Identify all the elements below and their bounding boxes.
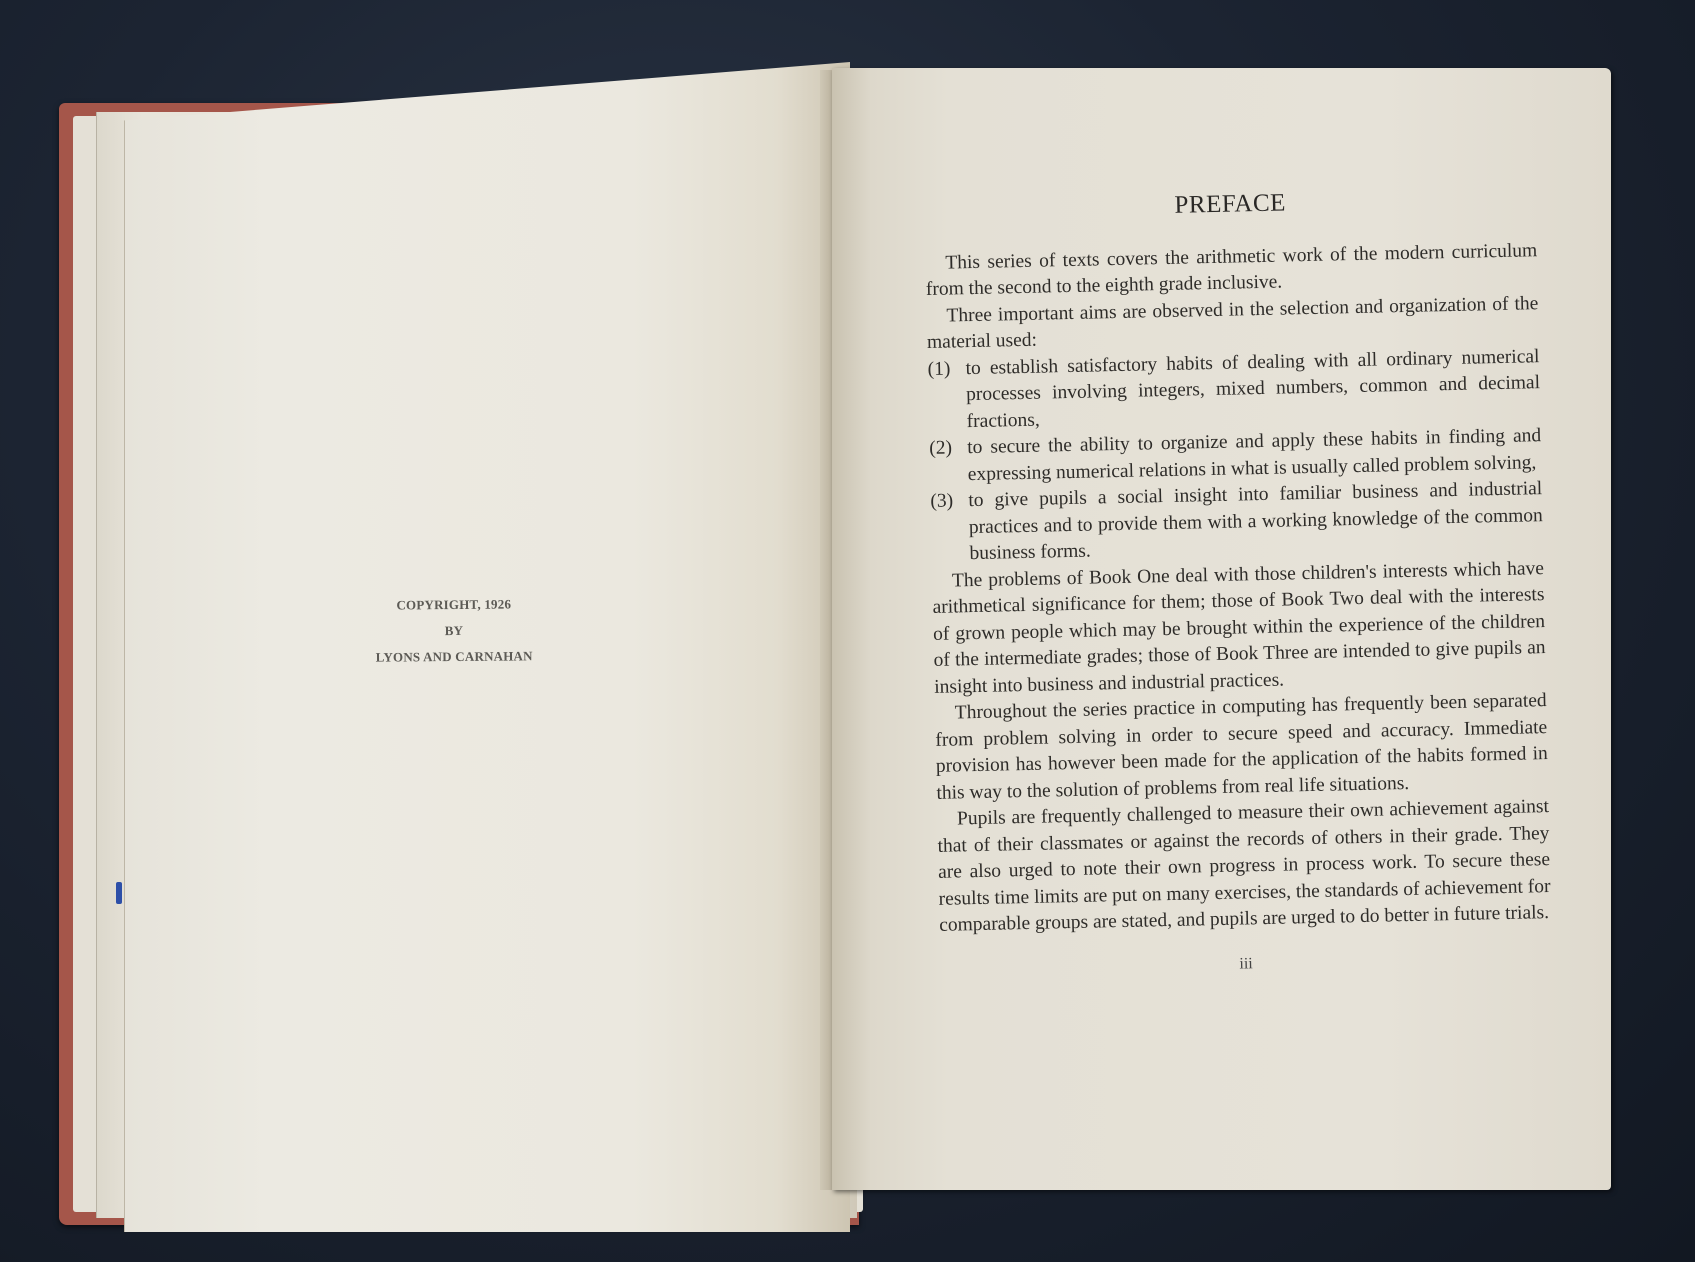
aim-number: (3) <box>930 488 970 568</box>
aim-number: (2) <box>929 435 968 489</box>
paragraph: The problems of Book One deal with those… <box>932 556 1547 701</box>
copyright-line: LYONS AND CARNAHAN <box>354 643 554 671</box>
aim-text: to give pupils a social insight into fam… <box>968 476 1544 568</box>
aim-item: (1) to establish satisfactory habits of … <box>927 344 1541 436</box>
page-number: iii <box>940 945 1552 984</box>
copyright-notice: COPYRIGHT, 1926 BY LYONS AND CARNAHAN <box>354 591 555 671</box>
paragraph: Pupils are frequently challenged to meas… <box>937 794 1552 939</box>
paragraph: Throughout the series practice in comput… <box>935 688 1549 807</box>
right-page: PREFACE This series of texts covers the … <box>832 68 1611 1190</box>
blue-mark <box>116 882 122 904</box>
copyright-line: BY <box>354 617 554 645</box>
preface-text: PREFACE This series of texts covers the … <box>924 185 1552 984</box>
aim-text: to establish satisfactory habits of deal… <box>965 344 1541 436</box>
page-title: PREFACE <box>924 185 1536 224</box>
aim-item: (3) to give pupils a social insight into… <box>930 476 1544 568</box>
copyright-line: COPYRIGHT, 1926 <box>354 591 554 619</box>
aim-number: (1) <box>927 356 967 436</box>
